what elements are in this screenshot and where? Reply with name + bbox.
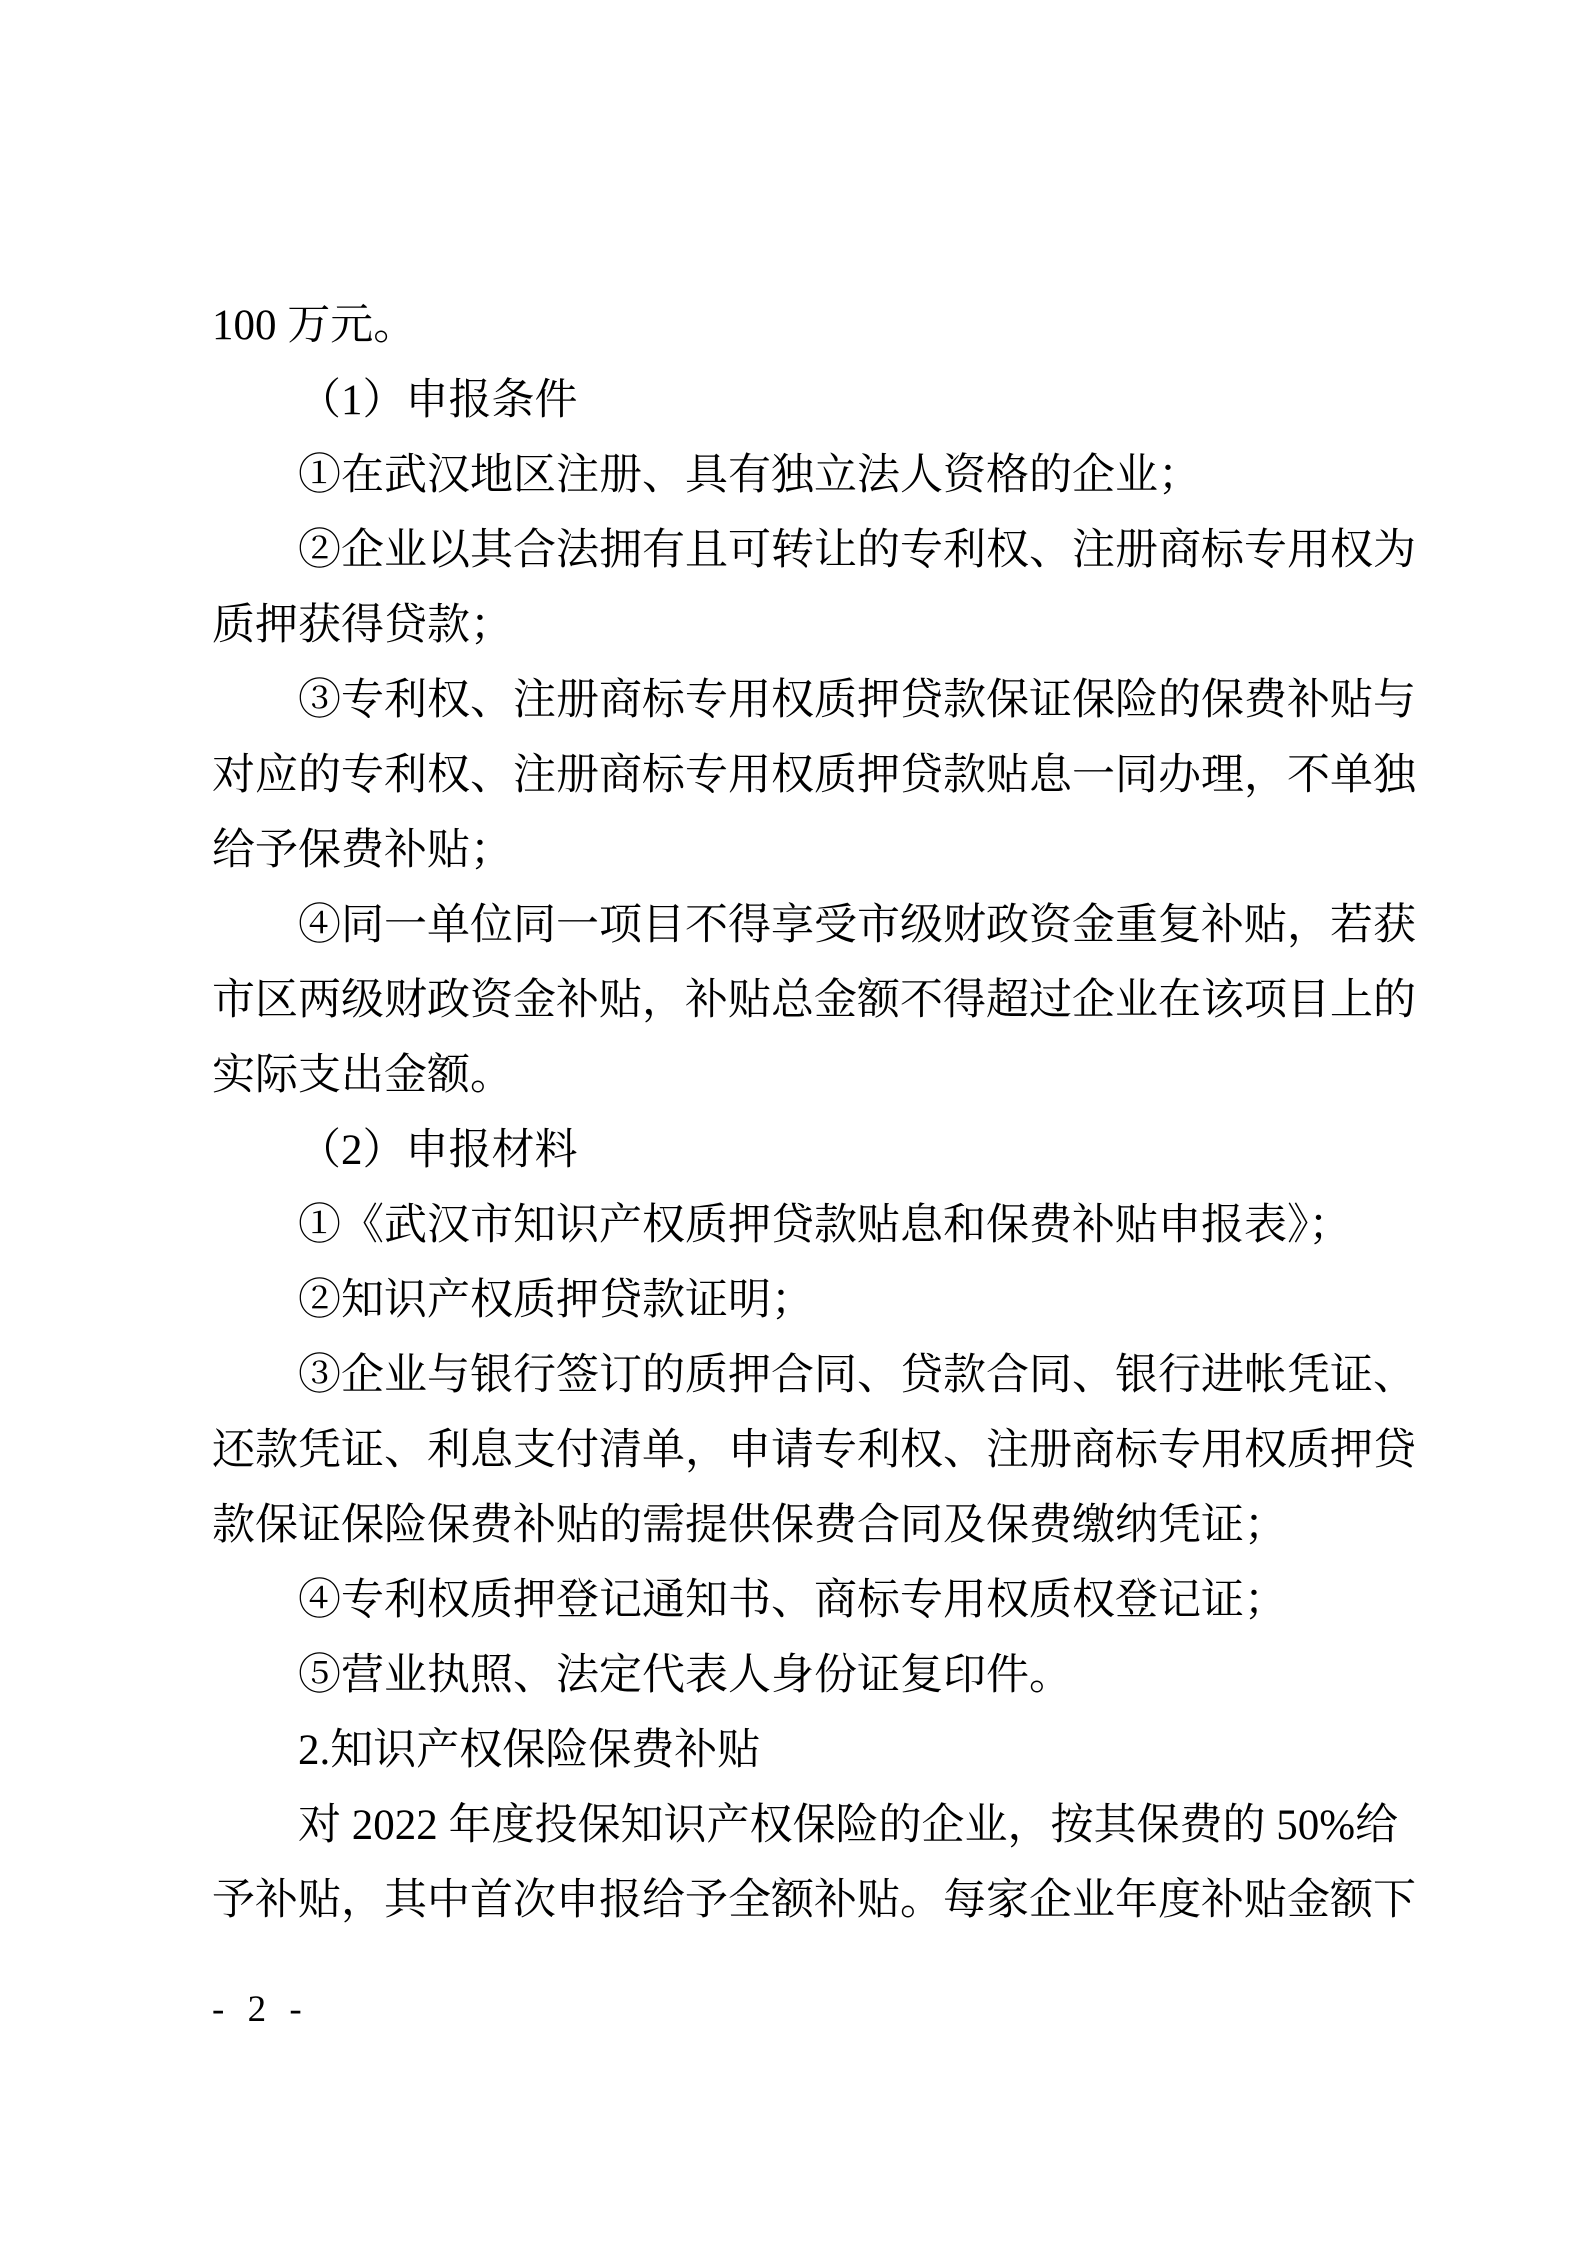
text-line: ③企业与银行签订的质押合同、贷款合同、银行进帐凭证、 [212, 1338, 1402, 1413]
document-page: 100 万元。 （1）申报条件 ①在武汉地区注册、具有独立法人资格的企业； ②企… [0, 0, 1587, 2245]
text-line: 款保证保险保费补贴的需提供保费合同及保费缴纳凭证； [212, 1488, 1402, 1563]
text-line: ④同一单位同一项目不得享受市级财政资金重复补贴，若获 [212, 888, 1402, 963]
text-line: 实际支出金额。 [212, 1038, 1402, 1113]
text-line: 市区两级财政资金补贴，补贴总金额不得超过企业在该项目上的 [212, 963, 1402, 1038]
text-line: ②知识产权质押贷款证明； [212, 1263, 1402, 1338]
text-line: ①在武汉地区注册、具有独立法人资格的企业； [212, 438, 1402, 513]
page-number: - 2 - [212, 1988, 309, 2032]
text-line: 对应的专利权、注册商标专用权质押贷款贴息一同办理，不单独 [212, 738, 1402, 813]
section-heading-ip-insurance-subsidy: 2.知识产权保险保费补贴 [212, 1713, 1402, 1788]
document-text-block: 100 万元。 （1）申报条件 ①在武汉地区注册、具有独立法人资格的企业； ②企… [212, 288, 1402, 1938]
text-line: ⑤营业执照、法定代表人身份证复印件。 [212, 1638, 1402, 1713]
text-line: ①《武汉市知识产权质押贷款贴息和保费补贴申报表》； [212, 1188, 1402, 1263]
section-heading-application-materials: （2）申报材料 [212, 1113, 1402, 1188]
text-line: 100 万元。 [212, 288, 1402, 363]
text-line: ③专利权、注册商标专用权质押贷款保证保险的保费补贴与 [212, 663, 1402, 738]
text-line: 对 2022 年度投保知识产权保险的企业，按其保费的 50%给 [212, 1788, 1402, 1863]
text-line: 给予保费补贴； [212, 813, 1402, 888]
section-heading-application-conditions: （1）申报条件 [212, 363, 1402, 438]
text-line: 质押获得贷款； [212, 588, 1402, 663]
text-line: ②企业以其合法拥有且可转让的专利权、注册商标专用权为 [212, 513, 1402, 588]
text-line: 还款凭证、利息支付清单，申请专利权、注册商标专用权质押贷 [212, 1413, 1402, 1488]
text-line: 予补贴，其中首次申报给予全额补贴。每家企业年度补贴金额下 [212, 1863, 1402, 1938]
text-line: ④专利权质押登记通知书、商标专用权质权登记证； [212, 1563, 1402, 1638]
